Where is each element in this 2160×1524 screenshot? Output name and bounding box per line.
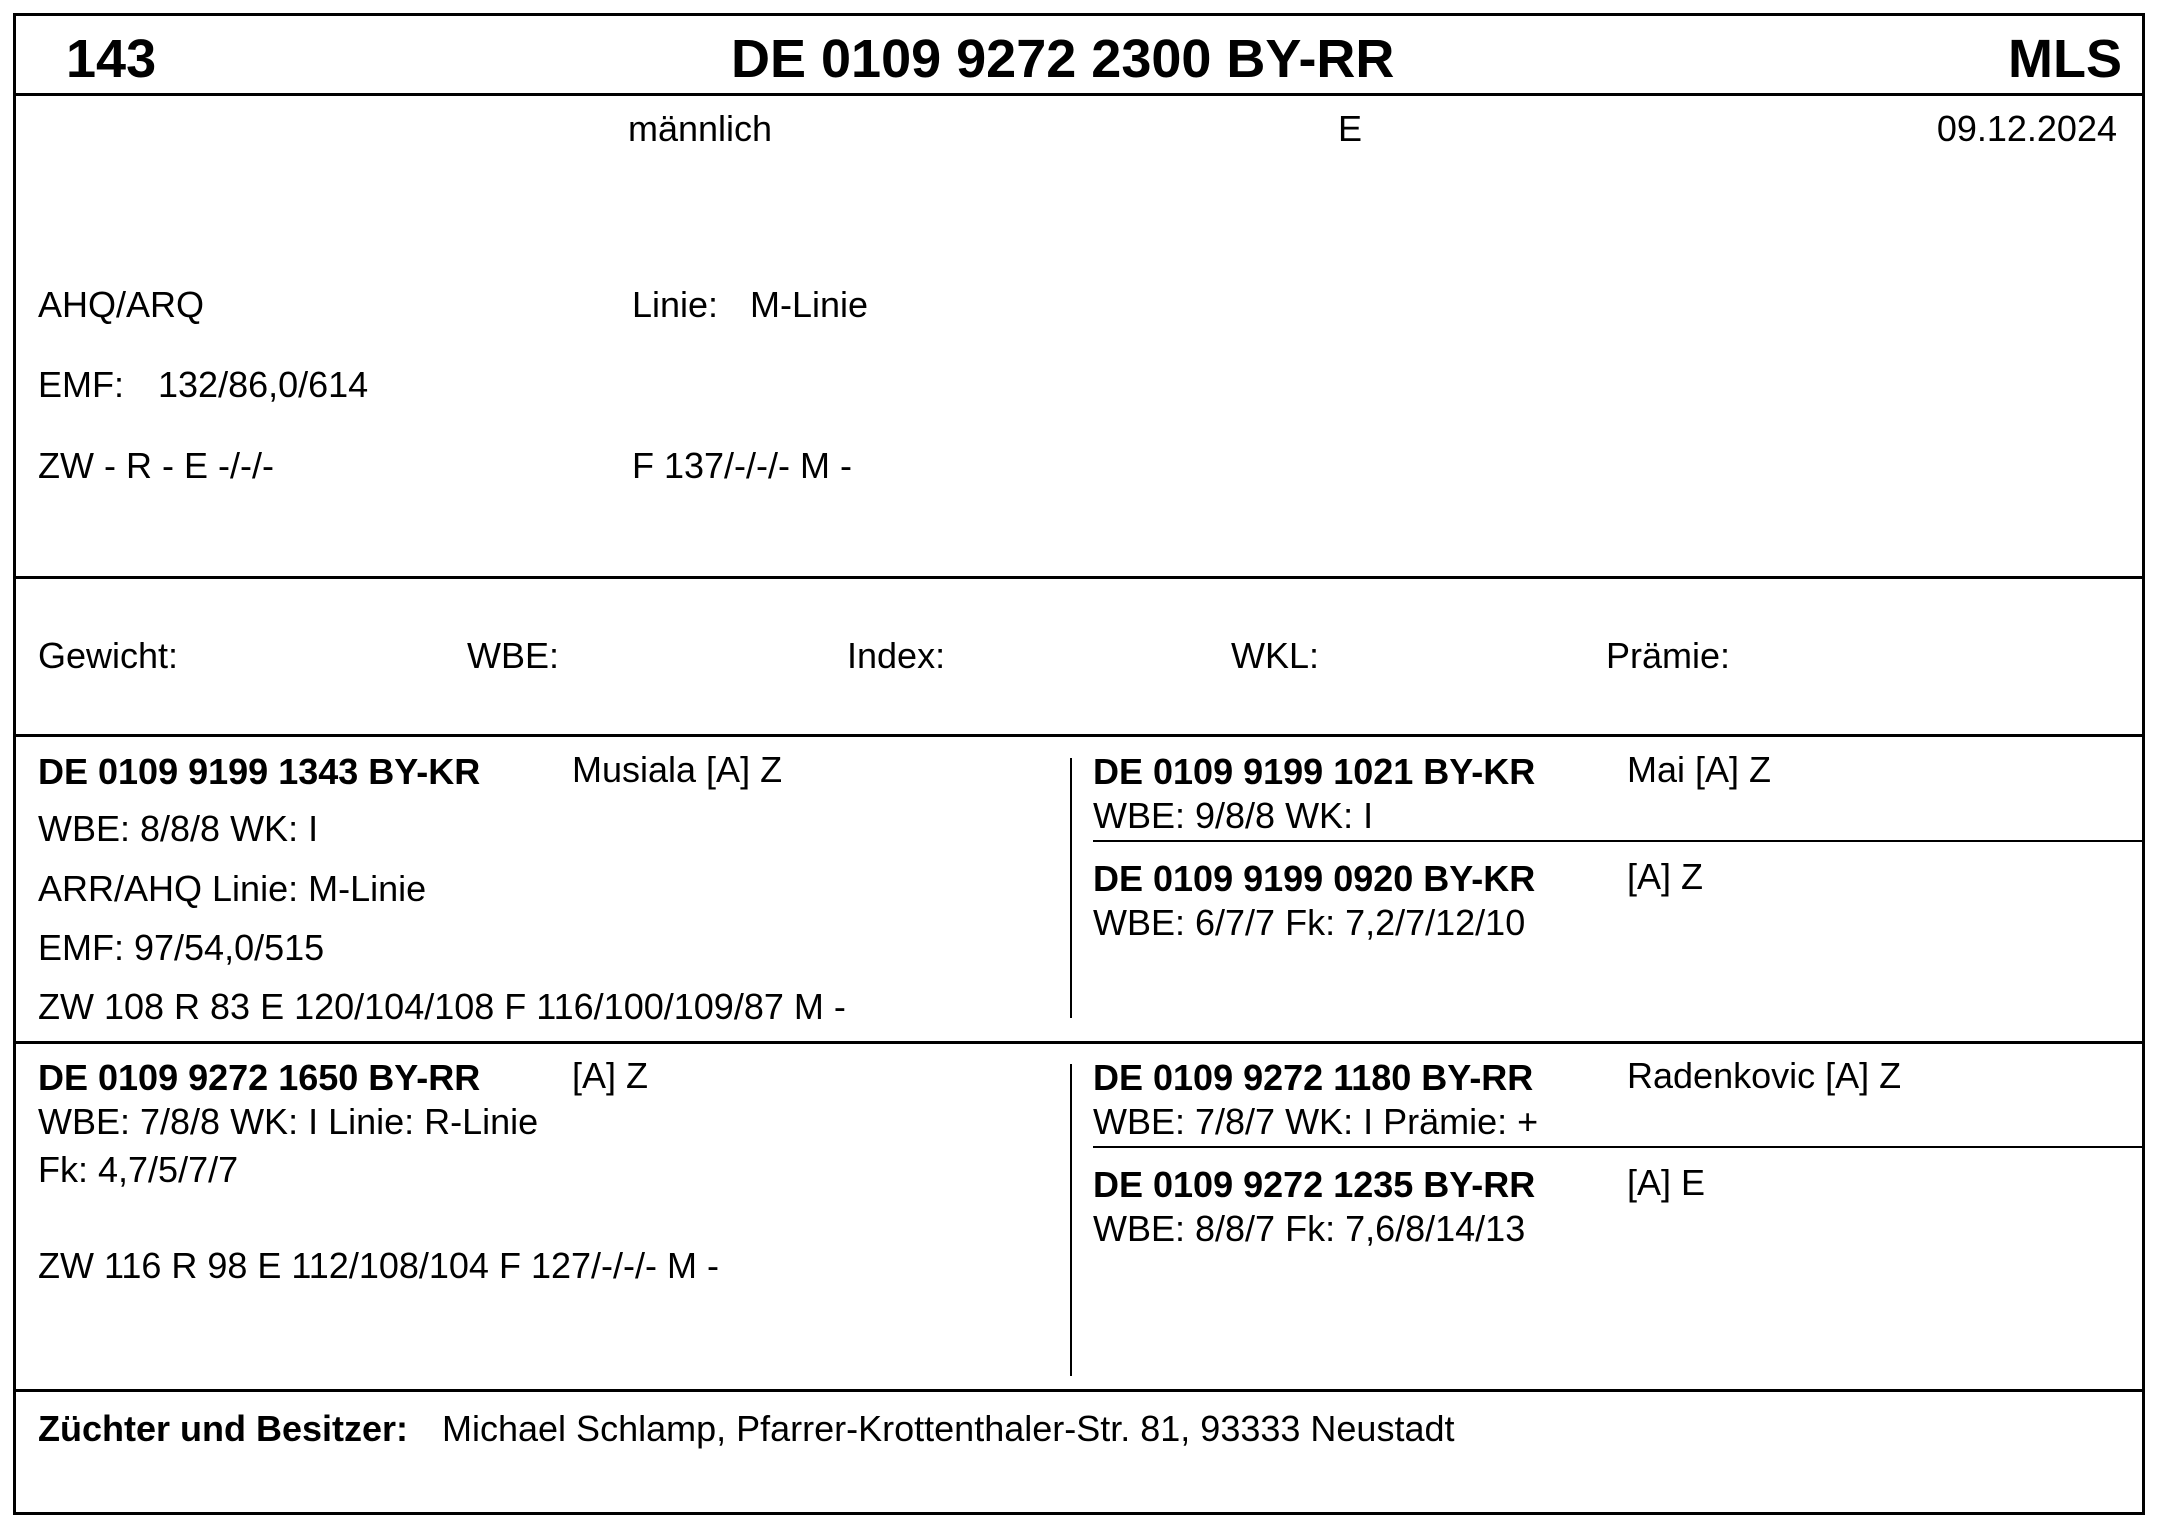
sire-emf: EMF: 97/54,0/515 <box>38 930 324 966</box>
sire-dam-wbe: WBE: 6/7/7 Fk: 7,2/7/12/10 <box>1093 905 1525 941</box>
emf-value: 132/86,0/614 <box>158 367 368 403</box>
breeding-values: ZW - R - E -/-/- <box>38 448 274 484</box>
premium-label: Prämie: <box>1606 638 1730 674</box>
dam-sire-name-tag: Radenkovic [A] Z <box>1627 1058 1901 1094</box>
catalog-number: 143 <box>66 32 156 86</box>
wbe-label: WBE: <box>467 638 559 674</box>
dam-dam-id: DE 0109 9272 1235 BY-RR <box>1093 1167 1535 1203</box>
dam-zw: ZW 116 R 98 E 112/108/104 F 127/-/-/- M … <box>38 1248 719 1284</box>
dam-sire-wbe: WBE: 7/8/7 WK: I Prämie: + <box>1093 1104 1538 1140</box>
genotype-status: AHQ/ARQ <box>38 287 204 323</box>
dam-id: DE 0109 9272 1650 BY-RR <box>38 1060 480 1096</box>
sire-wbe: WBE: 8/8/8 WK: I <box>38 811 318 847</box>
sire-grandparents-divider <box>1093 840 2142 842</box>
dam-fk: Fk: 4,7/5/7/7 <box>38 1152 238 1188</box>
index-label: Index: <box>847 638 945 674</box>
dam-sire-id: DE 0109 9272 1180 BY-RR <box>1093 1060 1533 1096</box>
wkl-label: WKL: <box>1231 638 1319 674</box>
footer-divider <box>16 1389 2142 1392</box>
genetics-divider <box>16 576 2142 579</box>
dam-wbe: WBE: 7/8/8 WK: I Linie: R-Linie <box>38 1104 538 1140</box>
owner-value: Michael Schlamp, Pfarrer-Krottenthaler-S… <box>442 1411 1455 1447</box>
dam-grandparents-divider <box>1093 1146 2142 1148</box>
sire-name-tag: Musiala [A] Z <box>572 752 782 788</box>
f-values: F 137/-/-/- M - <box>632 448 852 484</box>
sire-dam-id: DE 0109 9199 0920 BY-KR <box>1093 861 1535 897</box>
pedigree-vertical-divider-top <box>1070 758 1072 1018</box>
date: 09.12.2024 <box>1937 111 2117 147</box>
dam-dam-wbe: WBE: 8/8/7 Fk: 7,6/8/14/13 <box>1093 1211 1525 1247</box>
sire-id: DE 0109 9199 1343 BY-KR <box>38 754 480 790</box>
weight-label: Gewicht: <box>38 638 178 674</box>
dam-name-tag: [A] Z <box>572 1058 648 1094</box>
sire-dam-name-tag: [A] Z <box>1627 859 1703 895</box>
class: E <box>1338 111 1362 147</box>
pedigree-vertical-divider-bottom <box>1070 1064 1072 1376</box>
line-label: Linie: <box>632 287 718 323</box>
sire-sire-name-tag: Mai [A] Z <box>1627 752 1771 788</box>
sex: männlich <box>628 111 772 147</box>
dam-dam-name-tag: [A] E <box>1627 1165 1705 1201</box>
sire-sire-id: DE 0109 9199 1021 BY-KR <box>1093 754 1535 790</box>
sire-line: ARR/AHQ Linie: M-Linie <box>38 871 426 907</box>
breed-code: MLS <box>2008 32 2122 86</box>
owner-label: Züchter und Besitzer: <box>38 1411 408 1447</box>
pedigree-divider <box>16 1041 2142 1044</box>
ear-tag: DE 0109 9272 2300 BY-RR <box>731 32 1394 86</box>
header-divider <box>16 93 2142 96</box>
sire-sire-wbe: WBE: 9/8/8 WK: I <box>1093 798 1373 834</box>
line-value: M-Linie <box>750 287 868 323</box>
catalog-card: 143 DE 0109 9272 2300 BY-RR MLS männlich… <box>13 13 2145 1515</box>
sire-zw: ZW 108 R 83 E 120/104/108 F 116/100/109/… <box>38 989 846 1025</box>
evaluation-divider <box>16 734 2142 737</box>
emf-label: EMF: <box>38 367 124 403</box>
